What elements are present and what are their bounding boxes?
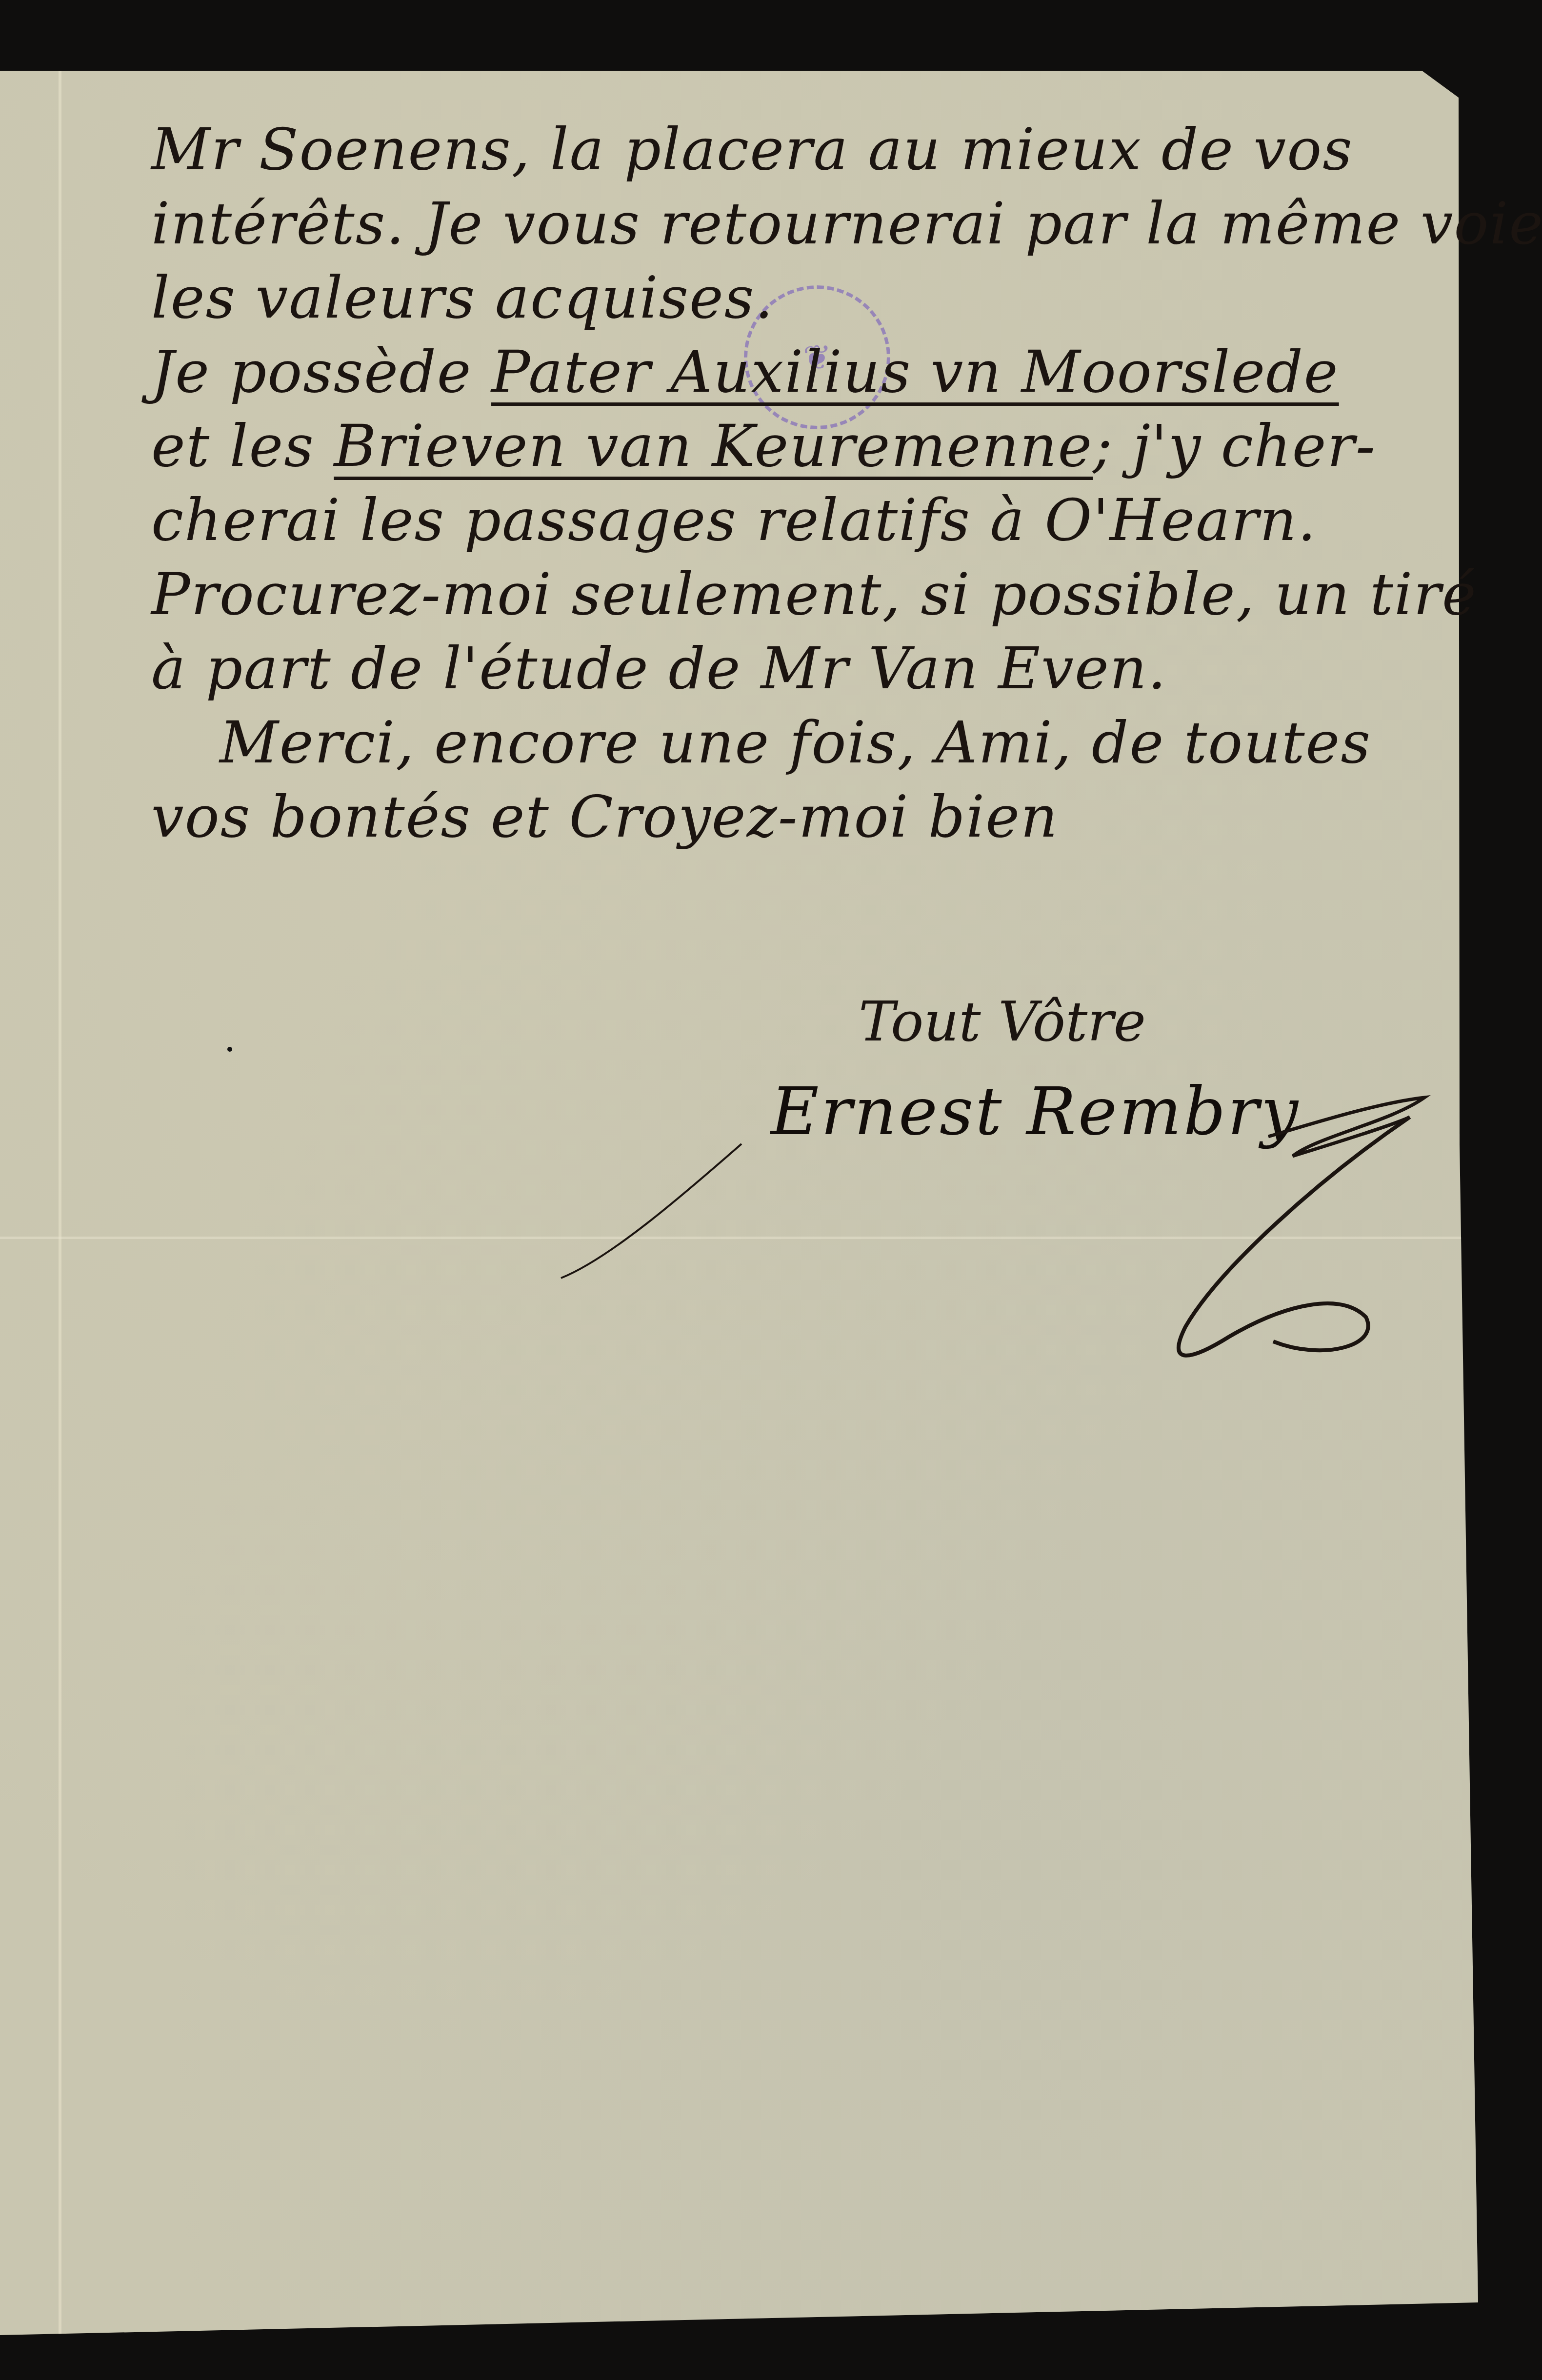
line-5-prefix: et les (151, 412, 334, 480)
ink-dot (227, 1047, 232, 1052)
letter-line-5: et les Brieven van Keuremenne; j'y cher- (151, 409, 1449, 483)
line-4-prefix: Je possède (151, 338, 491, 405)
letter-body: Mr Soenens, la placera au mieux de vos i… (151, 112, 1449, 854)
closing-salutation: Tout Vôtre (859, 990, 1146, 1054)
letter-line-3: les valeurs acquises. (151, 260, 1449, 335)
letter-line-8: à part de l'étude de Mr Van Even. (151, 631, 1449, 705)
letter-line-9: Merci, encore une fois, Ami, de toutes (151, 705, 1449, 780)
letter-line-1: Mr Soenens, la placera au mieux de vos (151, 112, 1449, 186)
letter-line-10: vos bontés et Croyez-moi bien (151, 780, 1449, 854)
underlined-title-pater-auxilius: Pater Auxilius vn Moorslede (491, 338, 1339, 405)
underlined-title-brieven: Brieven van Keuremenne (334, 412, 1093, 480)
letter-line-2: intérêts. Je vous retournerai par la mêm… (151, 186, 1449, 260)
signature: Ernest Rembry (771, 1073, 1300, 1150)
vertical-fold-line (59, 71, 61, 2337)
letter-line-6: cherai les passages relatifs à O'Hearn. (151, 483, 1449, 557)
line-5-suffix: ; j'y cher- (1093, 412, 1376, 480)
letter-line-7: Procurez-moi seulement, si possible, un … (151, 557, 1449, 631)
letter-line-4: Je possède Pater Auxilius vn Moorslede (151, 335, 1449, 409)
horizontal-fold-line (0, 1237, 1478, 1239)
